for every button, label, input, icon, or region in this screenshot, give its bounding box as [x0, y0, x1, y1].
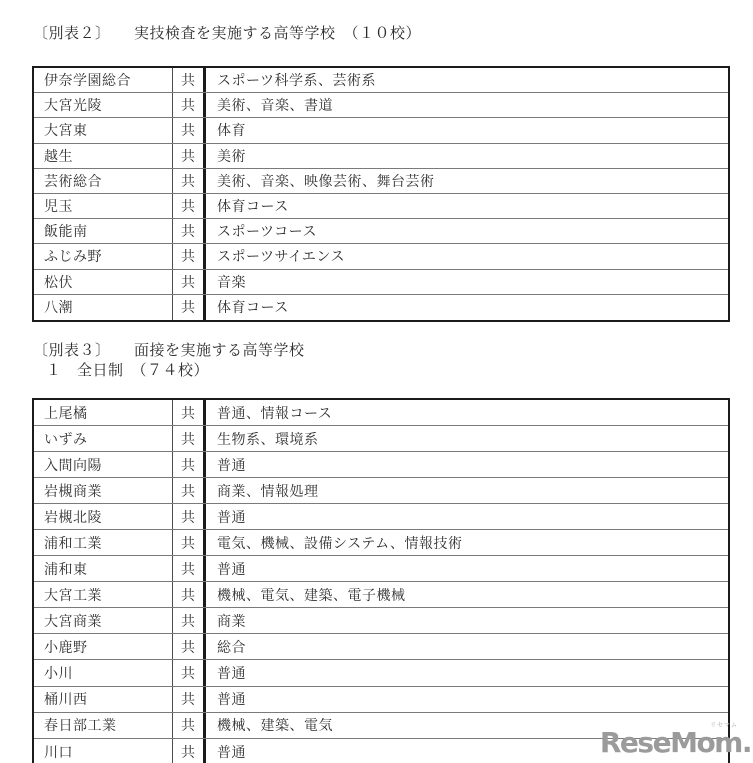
resemom-watermark: リセマム ReseMom. [600, 729, 751, 757]
school-subjects-cell: 機械、電気、建築、電子機械 [206, 585, 728, 605]
school-name-cell: 伊奈学園総合 [34, 68, 173, 92]
table-row: 大宮東 共 体育 [34, 118, 728, 143]
school-type-cell: 共 [173, 687, 206, 712]
table-row: 大宮光陵 共 美術、音楽、書道 [34, 93, 728, 118]
section2-heading: 〔別表３〕 面接を実施する高等学校 [33, 339, 305, 360]
school-subjects-cell: 体育コース [206, 196, 728, 216]
school-subjects-cell: 電気、機械、設備システム、情報技術 [206, 533, 728, 553]
school-type-cell: 共 [173, 582, 206, 607]
school-subjects-cell: 体育コース [206, 297, 728, 317]
section2-subheading: １ 全日制 （７４校） [46, 359, 209, 380]
table-practical-exam-schools: 伊奈学園総合 共 スポーツ科学系、芸術系 大宮光陵 共 美術、音楽、書道 大宮東… [32, 66, 730, 322]
school-name-cell: 岩槻北陵 [34, 504, 173, 529]
table-row: 大宮商業 共 商業 [34, 608, 728, 634]
school-type-cell: 共 [173, 400, 206, 425]
school-subjects-cell: 商業 [206, 611, 728, 631]
school-name-cell: 小川 [34, 660, 173, 685]
school-type-cell: 共 [173, 504, 206, 529]
table-row: 入間向陽 共 普通 [34, 452, 728, 478]
table-row: 芸術総合 共 美術、音楽、映像芸術、舞台芸術 [34, 169, 728, 194]
school-name-cell: 大宮工業 [34, 582, 173, 607]
school-name-cell: 浦和東 [34, 556, 173, 581]
table-row: 松伏 共 音楽 [34, 270, 728, 295]
resemom-watermark-text: ReseMom. [600, 726, 751, 759]
school-name-cell: 越生 [34, 144, 173, 168]
school-name-cell: 松伏 [34, 270, 173, 294]
school-subjects-cell: 普通 [206, 455, 728, 475]
table-row: 上尾橘 共 普通、情報コース [34, 400, 728, 426]
table-row: 小川 共 普通 [34, 660, 728, 686]
school-name-cell: 桶川西 [34, 687, 173, 712]
school-subjects-cell: 体育 [206, 120, 728, 140]
school-subjects-cell: 商業、情報処理 [206, 481, 728, 501]
school-subjects-cell: 音楽 [206, 272, 728, 292]
school-type-cell: 共 [173, 608, 206, 633]
table-row: 伊奈学園総合 共 スポーツ科学系、芸術系 [34, 68, 728, 93]
school-name-cell: 岩槻商業 [34, 478, 173, 503]
document-page: { "page": { "section1": { "heading": "〔別… [0, 0, 753, 763]
school-name-cell: 芸術総合 [34, 169, 173, 193]
school-type-cell: 共 [173, 452, 206, 477]
table-row: 浦和東 共 普通 [34, 556, 728, 582]
school-name-cell: 大宮東 [34, 118, 173, 142]
table-interview-schools: 上尾橘 共 普通、情報コース いずみ 共 生物系、環境系 入間向陽 共 普通 岩… [32, 398, 730, 763]
school-subjects-cell: 美術、音楽、書道 [206, 95, 728, 115]
school-type-cell: 共 [173, 194, 206, 218]
school-subjects-cell: 普通 [206, 559, 728, 579]
school-subjects-cell: スポーツコース [206, 221, 728, 241]
school-type-cell: 共 [173, 634, 206, 659]
table-row: 浦和工業 共 電気、機械、設備システム、情報技術 [34, 530, 728, 556]
school-subjects-cell: 美術、音楽、映像芸術、舞台芸術 [206, 171, 728, 191]
school-name-cell: ふじみ野 [34, 244, 173, 268]
school-name-cell: 大宮商業 [34, 608, 173, 633]
school-subjects-cell: スポーツ科学系、芸術系 [206, 70, 728, 90]
section1-heading: 〔別表２〕 実技検査を実施する高等学校 （１０校） [33, 22, 421, 43]
school-type-cell: 共 [173, 144, 206, 168]
table-row: 越生 共 美術 [34, 144, 728, 169]
table-row: いずみ 共 生物系、環境系 [34, 426, 728, 452]
school-type-cell: 共 [173, 295, 206, 320]
school-name-cell: 児玉 [34, 194, 173, 218]
school-type-cell: 共 [173, 426, 206, 451]
school-type-cell: 共 [173, 660, 206, 685]
school-name-cell: 飯能南 [34, 219, 173, 243]
table-row: 桶川西 共 普通 [34, 687, 728, 713]
school-type-cell: 共 [173, 68, 206, 92]
school-name-cell: 春日部工業 [34, 713, 173, 738]
school-type-cell: 共 [173, 169, 206, 193]
school-name-cell: 大宮光陵 [34, 93, 173, 117]
school-type-cell: 共 [173, 739, 206, 763]
school-subjects-cell: 普通、情報コース [206, 403, 728, 423]
school-type-cell: 共 [173, 219, 206, 243]
table-row: 児玉 共 体育コース [34, 194, 728, 219]
school-name-cell: 入間向陽 [34, 452, 173, 477]
school-name-cell: 上尾橘 [34, 400, 173, 425]
table-row: ふじみ野 共 スポーツサイエンス [34, 244, 728, 269]
table-row: 飯能南 共 スポーツコース [34, 219, 728, 244]
school-subjects-cell: 総合 [206, 637, 728, 657]
school-subjects-cell: 生物系、環境系 [206, 429, 728, 449]
school-type-cell: 共 [173, 556, 206, 581]
school-name-cell: 浦和工業 [34, 530, 173, 555]
school-type-cell: 共 [173, 244, 206, 268]
table-row: 岩槻北陵 共 普通 [34, 504, 728, 530]
school-type-cell: 共 [173, 118, 206, 142]
school-type-cell: 共 [173, 713, 206, 738]
school-subjects-cell: 美術 [206, 146, 728, 166]
table-row: 八潮 共 体育コース [34, 295, 728, 320]
school-subjects-cell: 普通 [206, 689, 728, 709]
school-type-cell: 共 [173, 478, 206, 503]
table-row: 岩槻商業 共 商業、情報処理 [34, 478, 728, 504]
table-row: 小鹿野 共 総合 [34, 634, 728, 660]
school-name-cell: 八潮 [34, 295, 173, 320]
school-subjects-cell: 普通 [206, 507, 728, 527]
resemom-watermark-ruby: リセマム [710, 723, 738, 729]
table-row: 大宮工業 共 機械、電気、建築、電子機械 [34, 582, 728, 608]
school-type-cell: 共 [173, 93, 206, 117]
school-name-cell: いずみ [34, 426, 173, 451]
school-subjects-cell: 普通 [206, 663, 728, 683]
school-type-cell: 共 [173, 270, 206, 294]
school-name-cell: 川口 [34, 739, 173, 763]
school-type-cell: 共 [173, 530, 206, 555]
school-name-cell: 小鹿野 [34, 634, 173, 659]
school-subjects-cell: スポーツサイエンス [206, 246, 728, 266]
